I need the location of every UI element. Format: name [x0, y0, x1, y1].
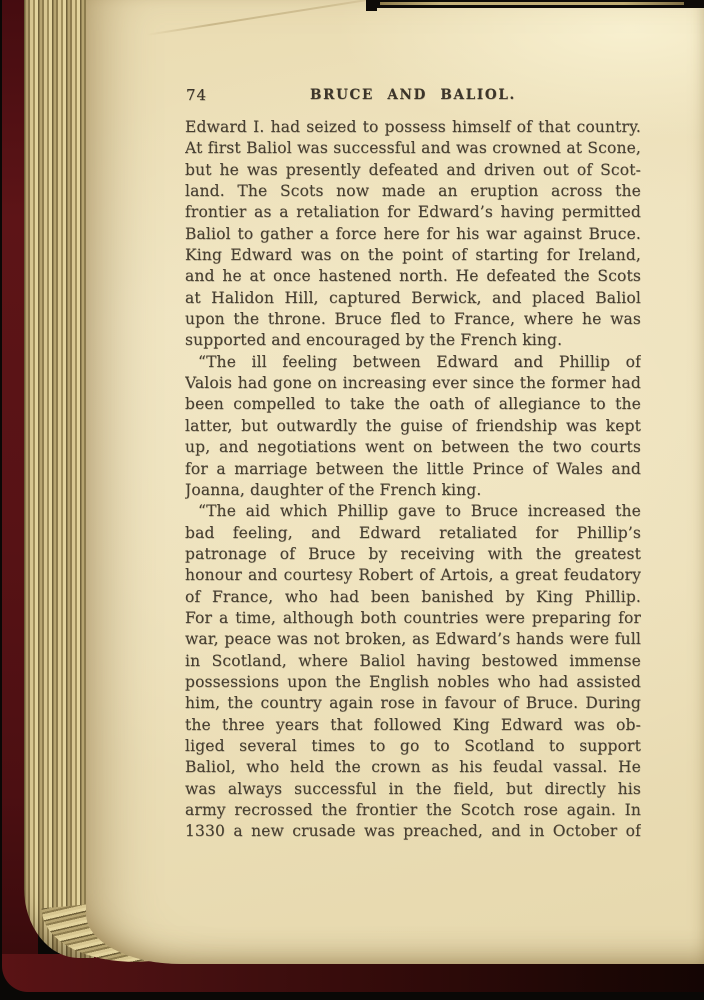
- text-line: For a time, although both countries were…: [185, 608, 641, 629]
- text-line: Joanna, daughter of the French king.: [185, 480, 641, 501]
- paragraph: “The ill feeling between Edward and Phil…: [185, 352, 641, 501]
- text-line: been compelled to take the oath of alleg…: [185, 394, 641, 415]
- text-line: upon the throne. Bruce fled to France, w…: [185, 309, 641, 330]
- text-line: patronage of Bruce by receiving with the…: [185, 544, 641, 565]
- text-line: “The ill feeling between Edward and Phil…: [185, 352, 641, 373]
- top-edge-notch: [366, 0, 377, 11]
- text-line: him, the country again rose in favour of…: [185, 693, 641, 714]
- text-line: bad feeling, and Edward retaliated for P…: [185, 523, 641, 544]
- text-line: Edward I. had seized to possess himself …: [185, 117, 641, 138]
- text-line: in Scotland, where Baliol having bestowe…: [185, 651, 641, 672]
- paragraph: Edward I. had seized to possess himself …: [185, 117, 641, 352]
- text-line: supported and encouraged by the French k…: [185, 330, 641, 351]
- text-line: “The aid which Phillip gave to Bruce inc…: [185, 501, 641, 522]
- text-line: and he at once hastened north. He defeat…: [185, 266, 641, 287]
- scanned-book-photo: 74 BRUCE AND BALIOL. Edward I. had seize…: [0, 0, 704, 1000]
- top-edge-gap: [366, 0, 704, 8]
- text-line: latter, but outwardly the guise of frien…: [185, 416, 641, 437]
- text-line: 1330 a new crusade was preached, and in …: [185, 821, 641, 842]
- text-line: land. The Scots now made an eruption acr…: [185, 181, 641, 202]
- body-text: Edward I. had seized to possess himself …: [185, 117, 641, 843]
- text-line: liged several times to go to Scotland to…: [185, 736, 641, 757]
- page-above-edge: [380, 2, 684, 5]
- text-line: At first Baliol was successful and was c…: [185, 138, 641, 159]
- text-line: frontier as a retaliation for Edward’s h…: [185, 202, 641, 223]
- text-line: honour and courtesy Robert of Artois, a …: [185, 565, 641, 586]
- chapter-running-title: BRUCE AND BALIOL.: [185, 87, 641, 103]
- stacked-page-edges: [24, 0, 94, 958]
- text-line: Baliol, who held the crown as his feudal…: [185, 757, 641, 778]
- paragraph: “The aid which Phillip gave to Bruce inc…: [185, 501, 641, 843]
- text-line: the three years that followed King Edwar…: [185, 715, 641, 736]
- text-line: of France, who had been banished by King…: [185, 587, 641, 608]
- text-line: Baliol to gather a force here for his wa…: [185, 224, 641, 245]
- text-line: possessions upon the English nobles who …: [185, 672, 641, 693]
- text-line: was always successful in the field, but …: [185, 779, 641, 800]
- text-line: up, and negotiations went on between the…: [185, 437, 641, 458]
- running-header: 74 BRUCE AND BALIOL.: [185, 85, 641, 105]
- text-line: at Halidon Hill, captured Berwick, and p…: [185, 288, 641, 309]
- text-line: war, peace was not broken, as Edward’s h…: [185, 629, 641, 650]
- text-line: King Edward was on the point of starting…: [185, 245, 641, 266]
- text-line: but he was presently defeated and driven…: [185, 160, 641, 181]
- text-line: army recrossed the frontier the Scotch r…: [185, 800, 641, 821]
- text-line: for a marriage between the little Prince…: [185, 459, 641, 480]
- text-line: Valois had gone on increasing ever since…: [185, 373, 641, 394]
